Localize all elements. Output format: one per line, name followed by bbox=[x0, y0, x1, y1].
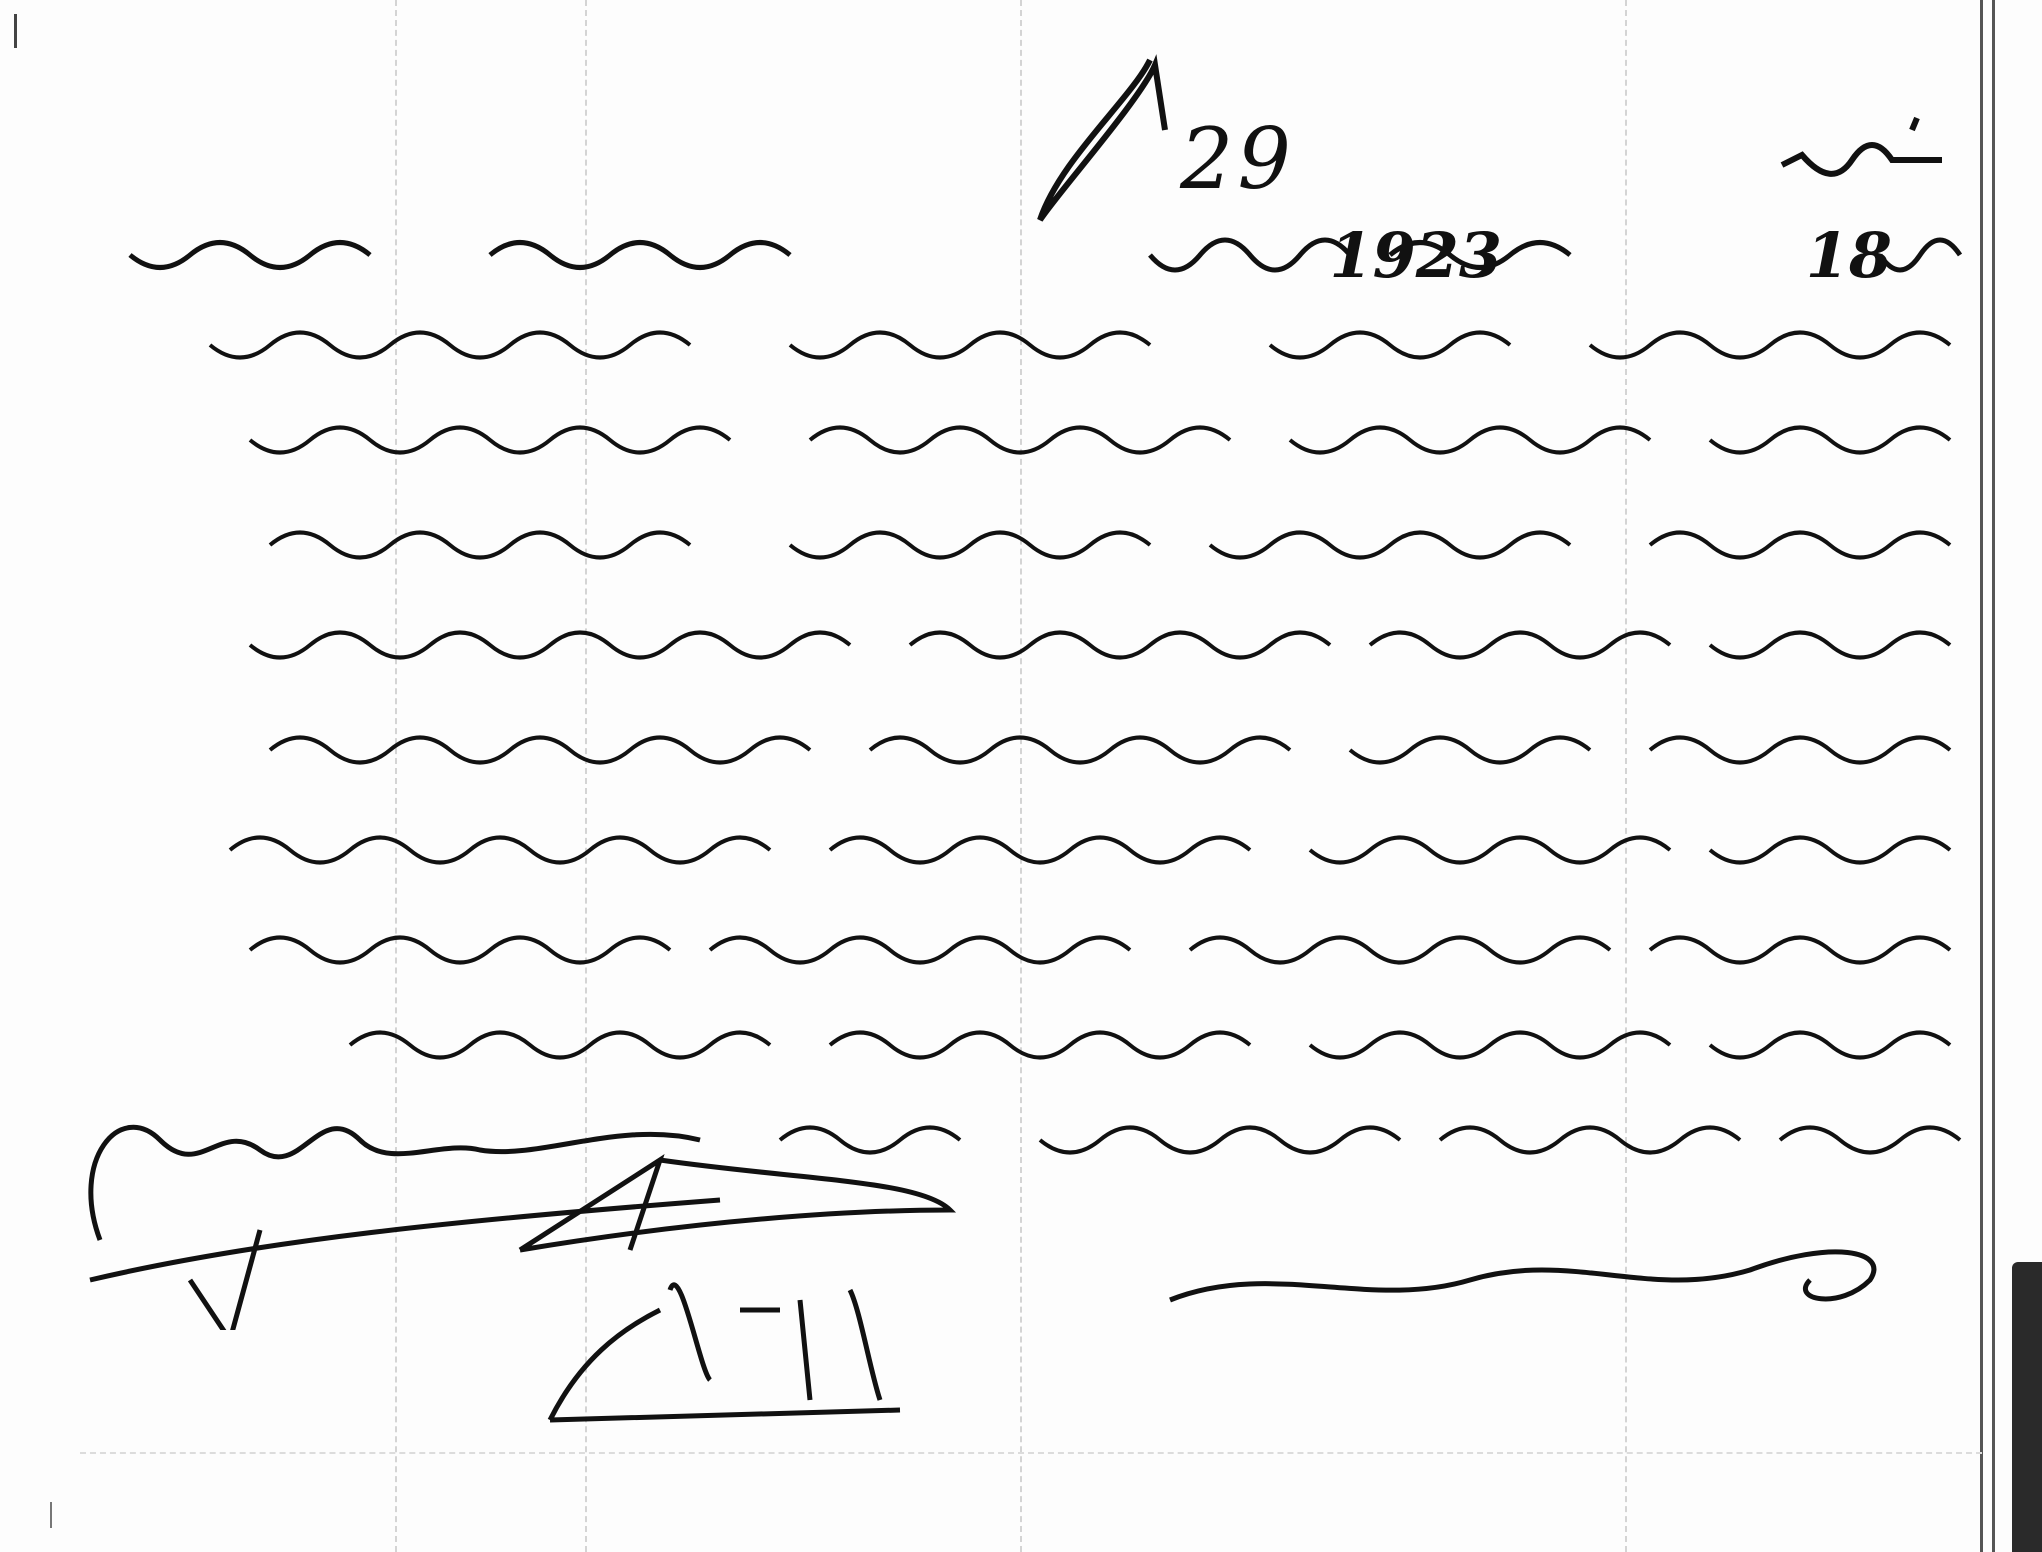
body-line-7 bbox=[70, 810, 1982, 884]
scan-mark bbox=[50, 1502, 52, 1528]
binder-clip bbox=[2012, 1262, 2042, 1552]
body-line-4 bbox=[70, 505, 1982, 579]
reference-number-value: 29 bbox=[1180, 110, 1295, 208]
body-line-5 bbox=[70, 605, 1982, 679]
body-line-6 bbox=[70, 710, 1982, 784]
document-page: 29 18 1923 bbox=[0, 0, 2042, 1552]
scan-mark bbox=[14, 14, 17, 48]
body-line-3 bbox=[70, 400, 1982, 474]
body-line-2 bbox=[70, 305, 1982, 379]
body-line-9 bbox=[70, 1005, 1982, 1079]
day-numeral: 18 bbox=[1806, 219, 1892, 292]
ruling-line-horizontal bbox=[80, 1452, 1982, 1454]
signature-bottom bbox=[520, 1250, 940, 1430]
body-line-1: 18 1923 bbox=[70, 215, 1982, 289]
reference-flourish-icon bbox=[1000, 40, 1200, 240]
body-line-8 bbox=[70, 910, 1982, 984]
year-numeral: 1923 bbox=[1329, 219, 1502, 292]
signature-right bbox=[1150, 1220, 1910, 1330]
right-margin-line bbox=[1992, 0, 1995, 1552]
reference-number: 29 bbox=[1000, 40, 1420, 240]
heading-word bbox=[1772, 110, 1952, 203]
